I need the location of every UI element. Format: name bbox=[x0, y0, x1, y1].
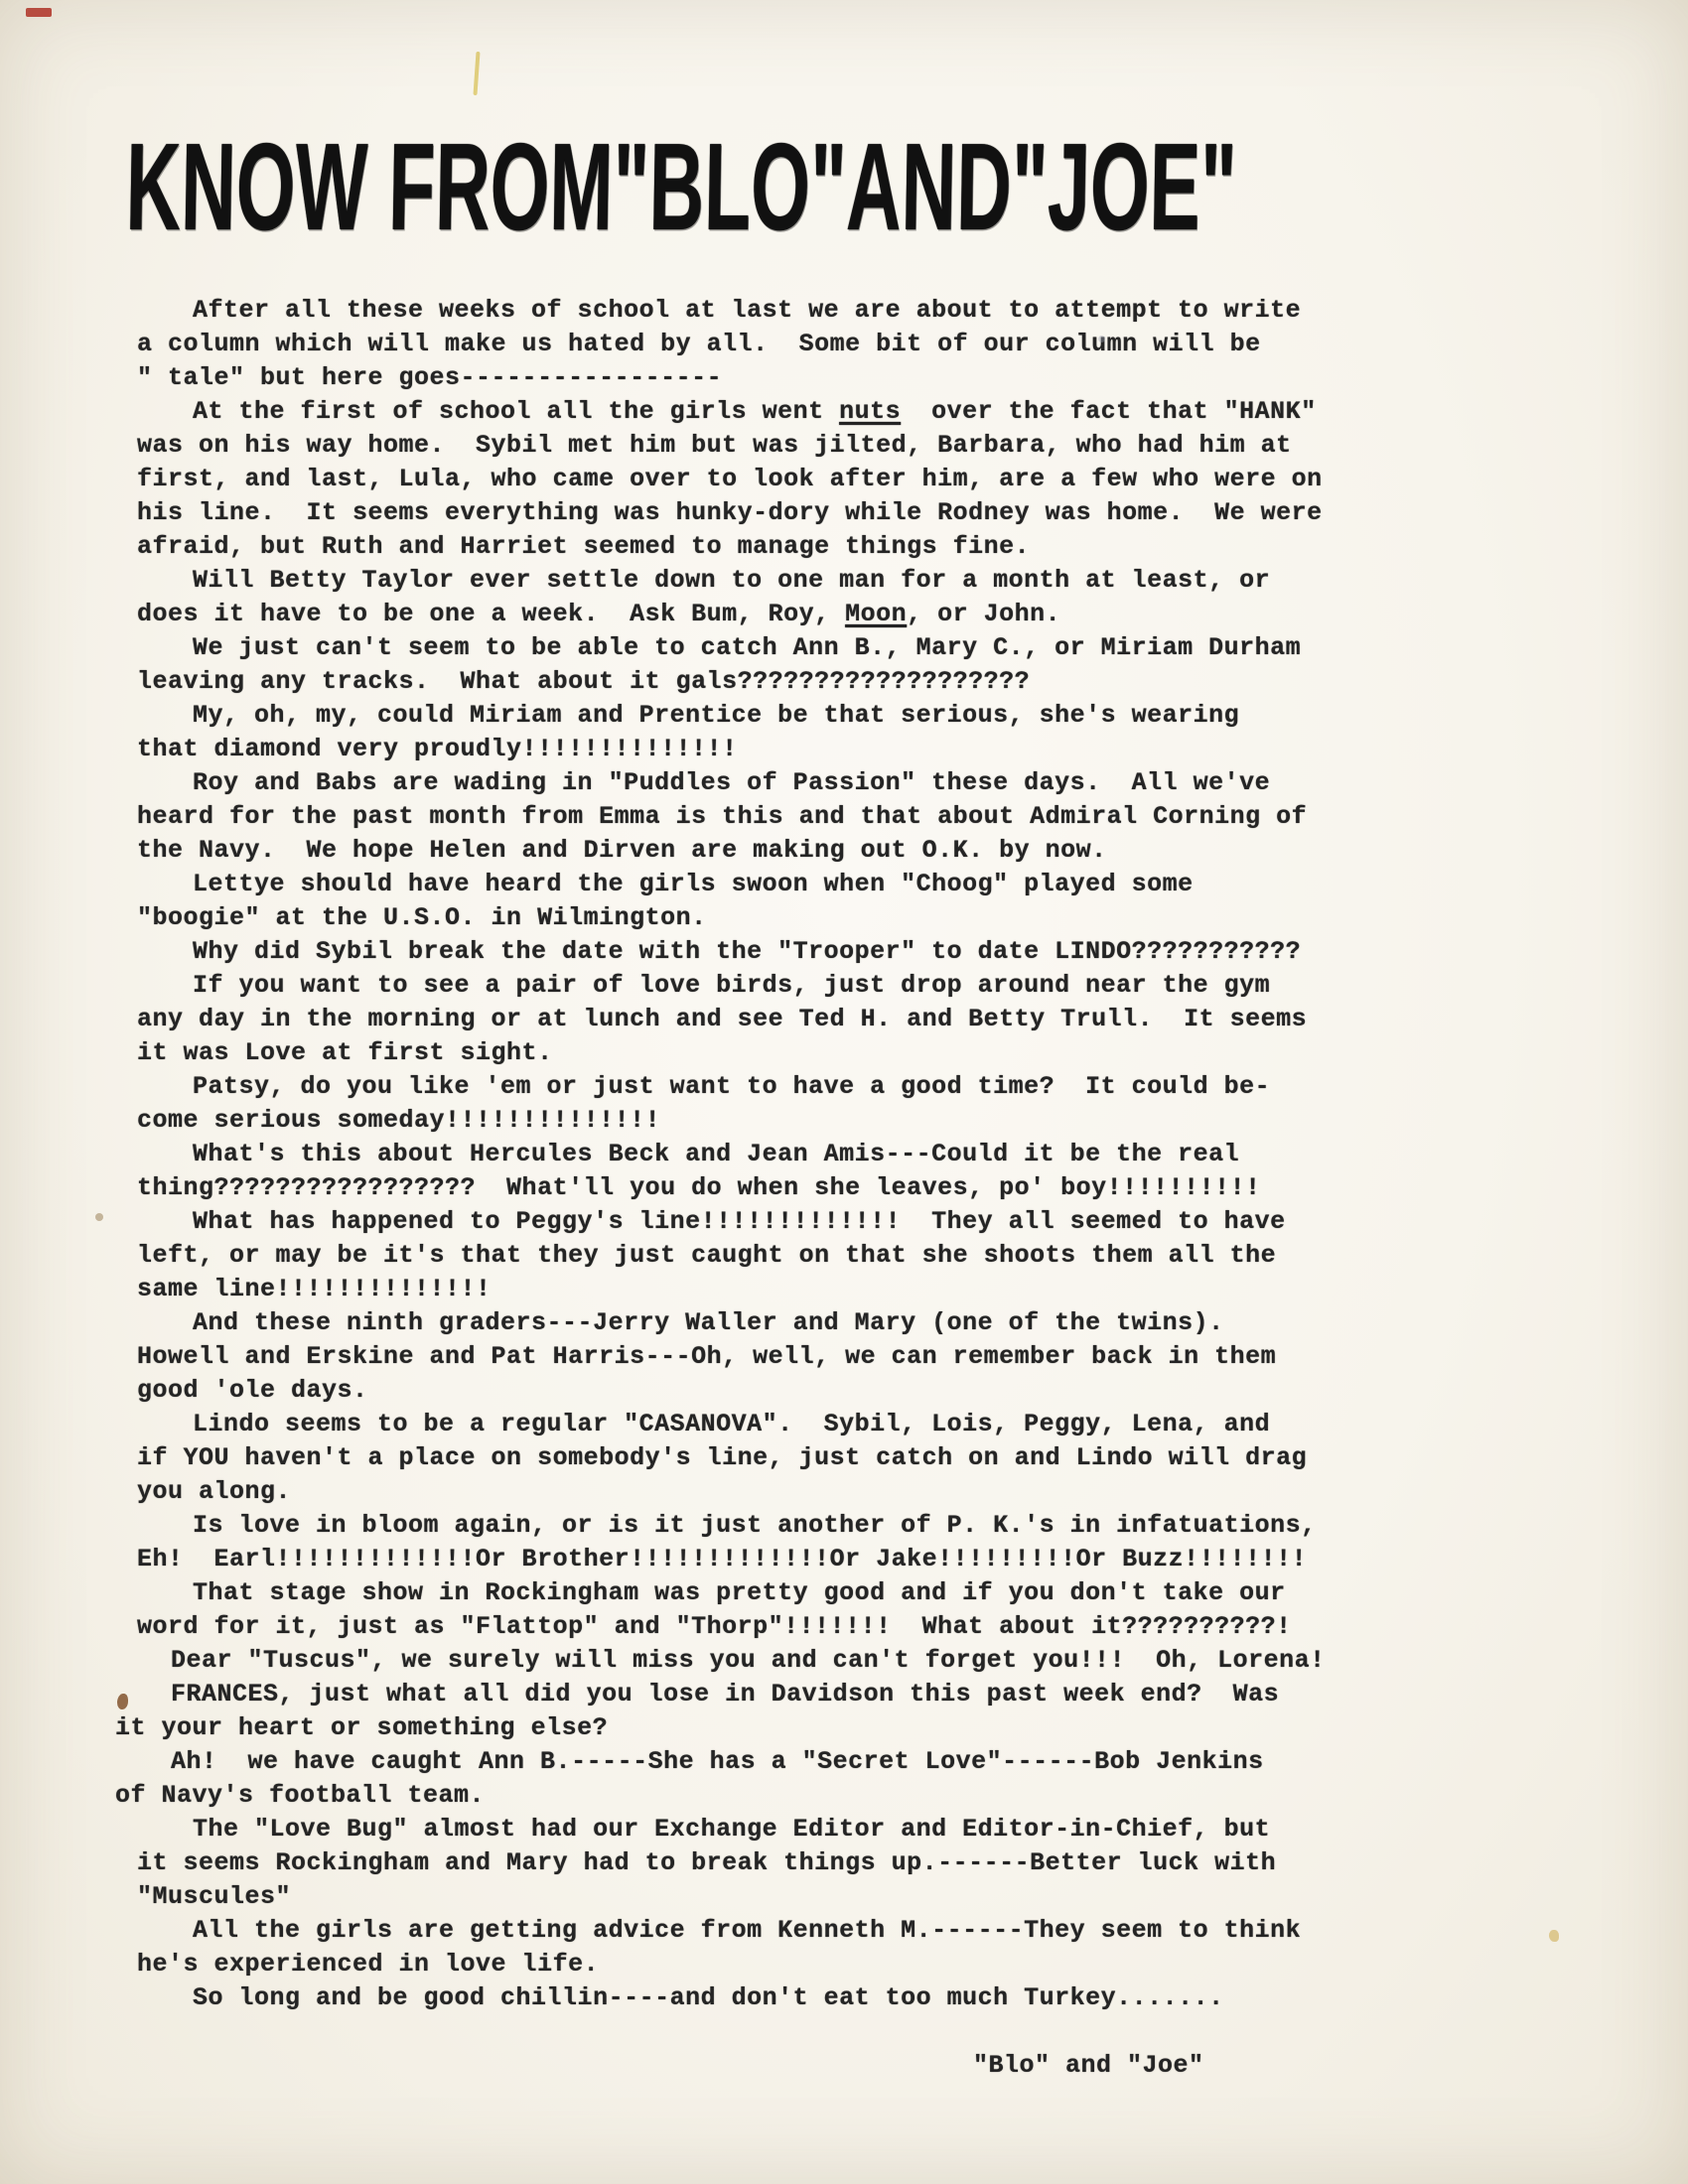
paragraph: Dear "Tuscus", we surely will miss you a… bbox=[115, 1644, 1527, 1678]
signature: "Blo" and "Joe" bbox=[973, 2051, 1527, 2080]
paragraph: Lettye should have heard the girls swoon… bbox=[137, 868, 1527, 935]
paragraph: Why did Sybil break the date with the "T… bbox=[137, 935, 1527, 969]
paragraph: We just can't seem to be able to catch A… bbox=[137, 631, 1527, 699]
paragraph: What's this about Hercules Beck and Jean… bbox=[137, 1138, 1527, 1205]
paragraph: Patsy, do you like 'em or just want to h… bbox=[137, 1070, 1527, 1138]
article-body: After all these weeks of school at last … bbox=[137, 294, 1527, 2080]
paragraph: The "Love Bug" almost had our Exchange E… bbox=[137, 1813, 1527, 1914]
paper-speck bbox=[95, 1213, 103, 1221]
paper-speck bbox=[26, 8, 52, 17]
paragraph: After all these weeks of school at last … bbox=[137, 294, 1527, 395]
paragraph: What has happened to Peggy's line!!!!!!!… bbox=[137, 1205, 1527, 1306]
page-title: KNOW FROM"BLO"AND"JOE" bbox=[125, 117, 1238, 259]
paragraph: FRANCES, just what all did you lose in D… bbox=[115, 1678, 1527, 1745]
paragraph: That stage show in Rockingham was pretty… bbox=[137, 1576, 1527, 1644]
paragraph: Roy and Babs are wading in "Puddles of P… bbox=[137, 766, 1527, 868]
paragraph: So long and be good chillin----and don't… bbox=[137, 1981, 1527, 2015]
paper-scratch bbox=[473, 52, 480, 95]
scanned-document-page: KNOW FROM"BLO"AND"JOE" After all these w… bbox=[0, 0, 1688, 2184]
paper-speck bbox=[1098, 336, 1105, 342]
paragraph: Lindo seems to be a regular "CASANOVA". … bbox=[137, 1408, 1527, 1509]
paragraph: If you want to see a pair of love birds,… bbox=[137, 969, 1527, 1070]
paragraph: All the girls are getting advice from Ke… bbox=[137, 1914, 1527, 1981]
paragraph: Is love in bloom again, or is it just an… bbox=[137, 1509, 1527, 1576]
paper-speck bbox=[1549, 1930, 1559, 1942]
paragraph: Will Betty Taylor ever settle down to on… bbox=[137, 564, 1527, 631]
paragraph: My, oh, my, could Miriam and Prentice be… bbox=[137, 699, 1527, 766]
paragraph: At the first of school all the girls wen… bbox=[137, 395, 1527, 564]
paragraph: And these ninth graders---Jerry Waller a… bbox=[137, 1306, 1527, 1408]
paragraph: Ah! we have caught Ann B.-----She has a … bbox=[115, 1745, 1527, 1813]
